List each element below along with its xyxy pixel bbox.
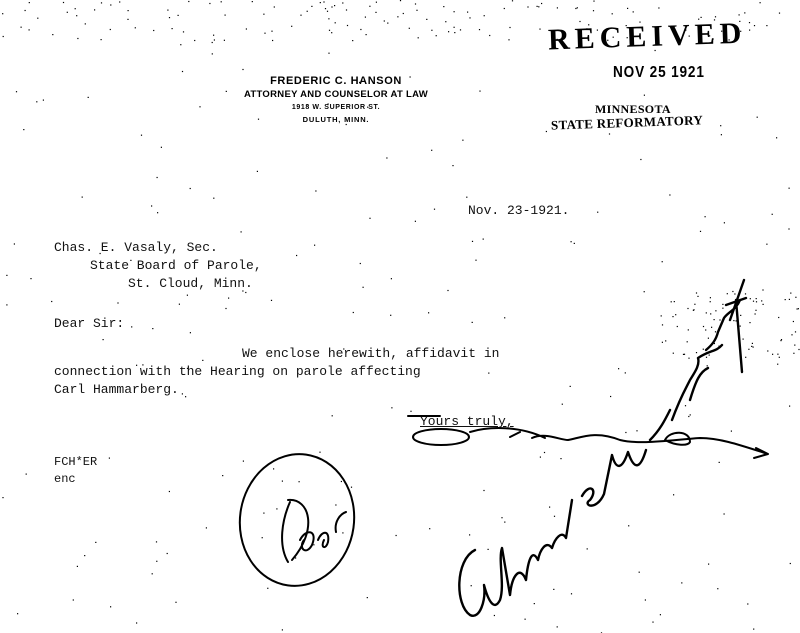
signature [408,416,768,458]
handwriting-layer [0,0,800,633]
acknowledge-annotation [459,280,746,616]
scanned-letter: FREDERIC C. HANSON ATTORNEY AND COUNSELO… [0,0,800,633]
circled-note [231,447,362,594]
